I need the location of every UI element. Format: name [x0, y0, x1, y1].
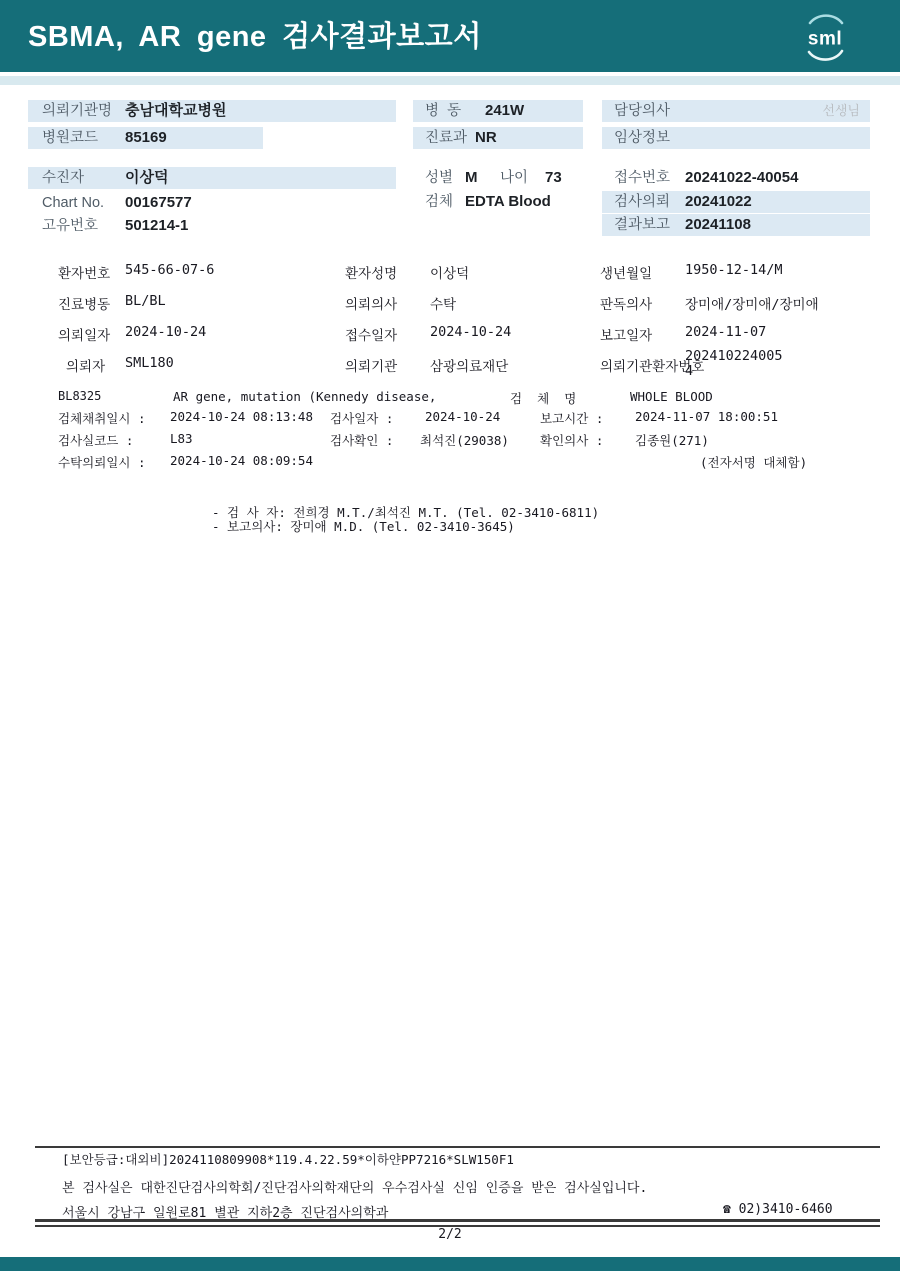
confirm-doctor-label: 확인의사 : [540, 431, 603, 449]
receipt-date-label: 접수일자 [345, 324, 397, 344]
confirm-doctor-value: 김종원(271) [635, 431, 709, 449]
field-doctor: 담당의사 선생님 [602, 100, 870, 122]
patient-name-value: 이상덕 [430, 262, 469, 282]
receipt-no-value: 20241022-40054 [685, 167, 798, 189]
field-dept: 진료과 NR [413, 127, 583, 149]
test-row-4: 수탁의뢰일시 : 2024-10-24 08:09:54 (전자서명 대체함) [40, 453, 890, 471]
report-time-label: 보고시간 : [540, 409, 603, 427]
sex-label: 성별 [425, 167, 453, 189]
requester-label: 의뢰자 [66, 355, 105, 375]
request-date-value: 20241022 [685, 191, 752, 213]
specimen-name-label: 검 체 명 [510, 389, 576, 407]
receipt-no-label: 접수번호 [614, 167, 670, 189]
footer-accent-bar [0, 1257, 900, 1271]
org-patient-no-value: 2024102240054 [685, 349, 787, 379]
hospital-code-label: 병원코드 [42, 127, 98, 149]
birthdate-value: 1950-12-14/M [685, 262, 783, 278]
field-clinical-info: 임상정보 [602, 127, 870, 149]
field-specimen-top: 검체 EDTA Blood [413, 191, 603, 213]
ref-org-label: 의뢰기관 [345, 355, 397, 375]
field-chart-no: Chart No. 00167577 [28, 192, 396, 214]
patient-no-value: 545-66-07-6 [125, 262, 214, 278]
request-date2-label: 의뢰일자 [58, 324, 110, 344]
specimen-top-label: 검체 [425, 191, 453, 213]
consign-time-label: 수탁의뢰일시 : [58, 453, 146, 471]
ward-value: 241W [485, 100, 524, 122]
org-label: 의뢰기관명 [42, 100, 112, 122]
ward2-label: 진료병동 [58, 293, 110, 313]
page-number: 2/2 [0, 1227, 900, 1242]
report-title: SBMA, AR gene 검사결과보고서 [28, 0, 482, 72]
collected-value: 2024-10-24 08:13:48 [170, 409, 313, 424]
dept-value: NR [475, 127, 497, 149]
report-header-bar: SBMA, AR gene 검사결과보고서 sml [0, 0, 900, 72]
sml-logo-text: sml [808, 29, 842, 50]
clinical-info-label: 임상정보 [614, 127, 670, 149]
age-value: 73 [545, 167, 562, 189]
patient-label: 수진자 [42, 167, 84, 189]
doctor-suffix: 선생님 [822, 100, 860, 122]
uid-value: 501214-1 [125, 215, 188, 237]
field-receipt-no: 접수번호 20241022-40054 [602, 167, 870, 189]
footer-top-rule [35, 1146, 880, 1148]
org-value: 충남대학교병원 [125, 100, 226, 122]
security-line: [보안등급:대외비]2024110809908*119.4.22.59*이하얀P… [62, 1150, 514, 1168]
patient-row-4: 의뢰자 SML180 의뢰기관 삼광의료재단 의뢰기관환자번호 20241022… [40, 355, 880, 377]
chart-no-label: Chart No. [42, 192, 104, 214]
hospital-code-value: 85169 [125, 127, 167, 149]
collected-label: 검체채취일시 : [58, 409, 146, 427]
examiner-line: - 검 사 자: 전희경 M.T./최석진 M.T. (Tel. 02-3410… [212, 506, 599, 520]
patient-row-1: 환자번호 545-66-07-6 환자성명 이상덕 생년월일 1950-12-1… [40, 262, 880, 284]
patient-row-3: 의뢰일자 2024-10-24 접수일자 2024-10-24 보고일자 202… [40, 324, 880, 346]
requester-value: SML180 [125, 355, 174, 371]
consign-time-value: 2024-10-24 08:09:54 [170, 453, 313, 468]
dept-label: 진료과 [425, 127, 467, 149]
verify-value: 최석진(29038) [420, 431, 509, 449]
ward2-value: BL/BL [125, 293, 166, 309]
ref-org-value: 삼광의료재단 [430, 355, 508, 375]
request-date2-value: 2024-10-24 [125, 324, 206, 340]
test-row-2: 검체채취일시 : 2024-10-24 08:13:48 검사일자 : 2024… [40, 409, 890, 427]
field-ward: 병 동 241W [413, 100, 583, 122]
report-time-value: 2024-11-07 18:00:51 [635, 409, 778, 424]
birthdate-label: 생년월일 [600, 262, 652, 282]
sml-logo-icon: sml [795, 10, 855, 66]
receipt-date-value: 2024-10-24 [430, 324, 511, 340]
field-uid: 고유번호 501214-1 [28, 215, 396, 237]
ref-doctor-value: 수탁 [430, 293, 456, 313]
report-date2-label: 보고일자 [600, 324, 652, 344]
phone-line: ☎ 02)3410-6460 [723, 1202, 833, 1217]
test-row-1: BL8325 AR gene, mutation (Kennedy diseas… [40, 389, 890, 407]
field-org: 의뢰기관명 충남대학교병원 [28, 100, 396, 122]
chart-no-value: 00167577 [125, 192, 192, 214]
field-sex-age: 성별 M 나이 73 [413, 167, 603, 189]
patient-no-label: 환자번호 [58, 262, 110, 282]
lab-code-value: L83 [170, 431, 193, 446]
reading-doctor-value: 장미애/장미애/장미애 [685, 293, 819, 313]
patient-value: 이상덕 [125, 167, 168, 189]
footer-double-rule [35, 1219, 880, 1227]
certification-line: 본 검사실은 대한진단검사의학회/진단검사의학재단의 우수검사실 신임 인증을 … [62, 1177, 647, 1196]
ward-label: 병 동 [425, 100, 461, 122]
header-accent-strip [0, 76, 900, 85]
specimen-top-value: EDTA Blood [465, 191, 551, 213]
test-name: AR gene, mutation (Kennedy disease, [173, 389, 436, 404]
test-date-label: 검사일자 : [330, 409, 393, 427]
lab-code-label: 검사실코드 : [58, 431, 133, 449]
report-date-value: 20241108 [685, 214, 751, 236]
ref-doctor-label: 의뢰의사 [345, 293, 397, 313]
doctor-label: 담당의사 [614, 100, 670, 122]
uid-label: 고유번호 [42, 215, 98, 237]
esign-note: (전자서명 대체함) [700, 453, 807, 471]
test-date-value: 2024-10-24 [425, 409, 500, 424]
patient-name-label: 환자성명 [345, 262, 397, 282]
specimen-name-value: WHOLE BLOOD [630, 389, 713, 404]
field-hospital-code: 병원코드 85169 [28, 127, 263, 149]
sex-value: M [465, 167, 478, 189]
test-code: BL8325 [58, 389, 101, 403]
field-report-date: 결과보고 20241108 [602, 214, 870, 236]
report-date2-value: 2024-11-07 [685, 324, 766, 340]
patient-row-2: 진료병동 BL/BL 의뢰의사 수탁 판독의사 장미애/장미애/장미애 [40, 293, 880, 315]
verify-label: 검사확인 : [330, 431, 393, 449]
field-request-date: 검사의뢰 20241022 [602, 191, 870, 213]
report-date-label: 결과보고 [614, 214, 670, 236]
reading-doctor-label: 판독의사 [600, 293, 652, 313]
request-date-label: 검사의뢰 [614, 191, 670, 213]
test-row-3: 검사실코드 : L83 검사확인 : 최석진(29038) 확인의사 : 김종원… [40, 431, 890, 449]
reporting-doctor-line: - 보고의사: 장미애 M.D. (Tel. 02-3410-3645) [212, 520, 515, 534]
field-patient: 수진자 이상덕 [28, 167, 396, 189]
age-label: 나이 [500, 167, 528, 189]
